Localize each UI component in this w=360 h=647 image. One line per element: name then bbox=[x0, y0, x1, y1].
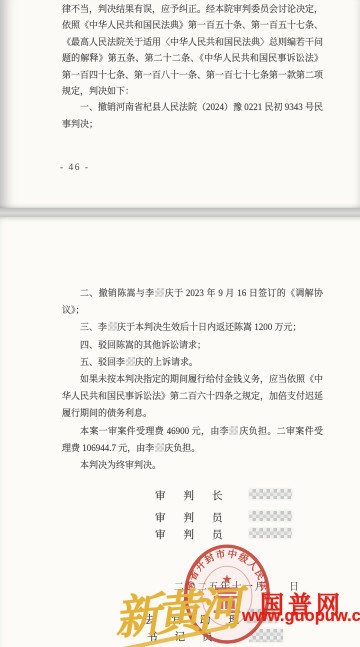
guopu-watermark-url: www.guopuw.com bbox=[242, 607, 360, 626]
redacted-character bbox=[108, 322, 117, 331]
judge-row: 审判员 bbox=[155, 510, 241, 525]
page2-text-column: 二、撤销陈嵩与李庆于 2023 年 9 月 16 日签订的《调解协议》； 三、李… bbox=[62, 285, 323, 474]
ruling-item-five: 五、驳回李庆的上诉请求。 bbox=[62, 354, 323, 371]
redacted-character bbox=[155, 288, 164, 297]
court-fees-paragraph: 本案一审案件受理费 46900 元，由李庆负担。二审案件受理费 106944.7… bbox=[62, 423, 323, 457]
page-divider bbox=[0, 208, 360, 217]
page-number: - 46 - bbox=[60, 163, 90, 173]
redacted-character bbox=[155, 443, 164, 452]
ruling-item-three: 三、李庆于本判决生效后十日内返还陈嵩 1200 万元； bbox=[62, 319, 323, 336]
late-performance-paragraph: 如果未按本判决指定的期间履行给付金钱义务，应当依照《中华人民共和国民事诉讼法》第… bbox=[62, 371, 323, 423]
final-judgment-line: 本判决为终审判决。 bbox=[62, 457, 323, 474]
chief-judge-row: 审判长 bbox=[155, 488, 241, 503]
judge-label: 审判员 bbox=[155, 513, 241, 524]
redacted-judge-name bbox=[249, 528, 292, 538]
ruling-basis-paragraph: 律不当，判决结果有误，应予纠正。经本院审判委员会讨论决定，依照《中华人民共和国民… bbox=[62, 1, 323, 99]
judgment-page-46: 律不当，判决结果有误，应予纠正。经本院审判委员会讨论决定，依照《中华人民共和国民… bbox=[0, 0, 360, 208]
judgment-last-page: 二、撤销陈嵩与李庆于 2023 年 9 月 16 日签订的《调解协议》； 三、李… bbox=[0, 217, 360, 647]
page1-text-column: 律不当，判决结果有误，应予纠正。经本院审判委员会讨论决定，依照《中华人民共和国民… bbox=[62, 1, 323, 132]
chief-judge-label: 审判长 bbox=[155, 491, 241, 502]
redacted-character bbox=[229, 426, 238, 435]
judge-label: 审判员 bbox=[155, 530, 241, 541]
ruling-item-one: 一、撤销河南省杞县人民法院（2024）豫 0221 民初 9343 号民事判决； bbox=[62, 99, 323, 132]
redacted-judge-name bbox=[249, 511, 292, 521]
ruling-item-two: 二、撤销陈嵩与李庆于 2023 年 9 月 16 日签订的《调解协议》； bbox=[62, 285, 323, 319]
judge-row: 审判员 bbox=[155, 527, 241, 542]
ruling-item-four: 四、驳回陈嵩的其他诉讼请求； bbox=[62, 337, 323, 354]
redacted-chief-judge-name bbox=[249, 489, 292, 499]
court-judgment-photo: 律不当，判决结果有误，应予纠正。经本院审判委员会讨论决定，依照《中华人民共和国民… bbox=[0, 0, 360, 647]
redacted-character bbox=[126, 357, 135, 366]
